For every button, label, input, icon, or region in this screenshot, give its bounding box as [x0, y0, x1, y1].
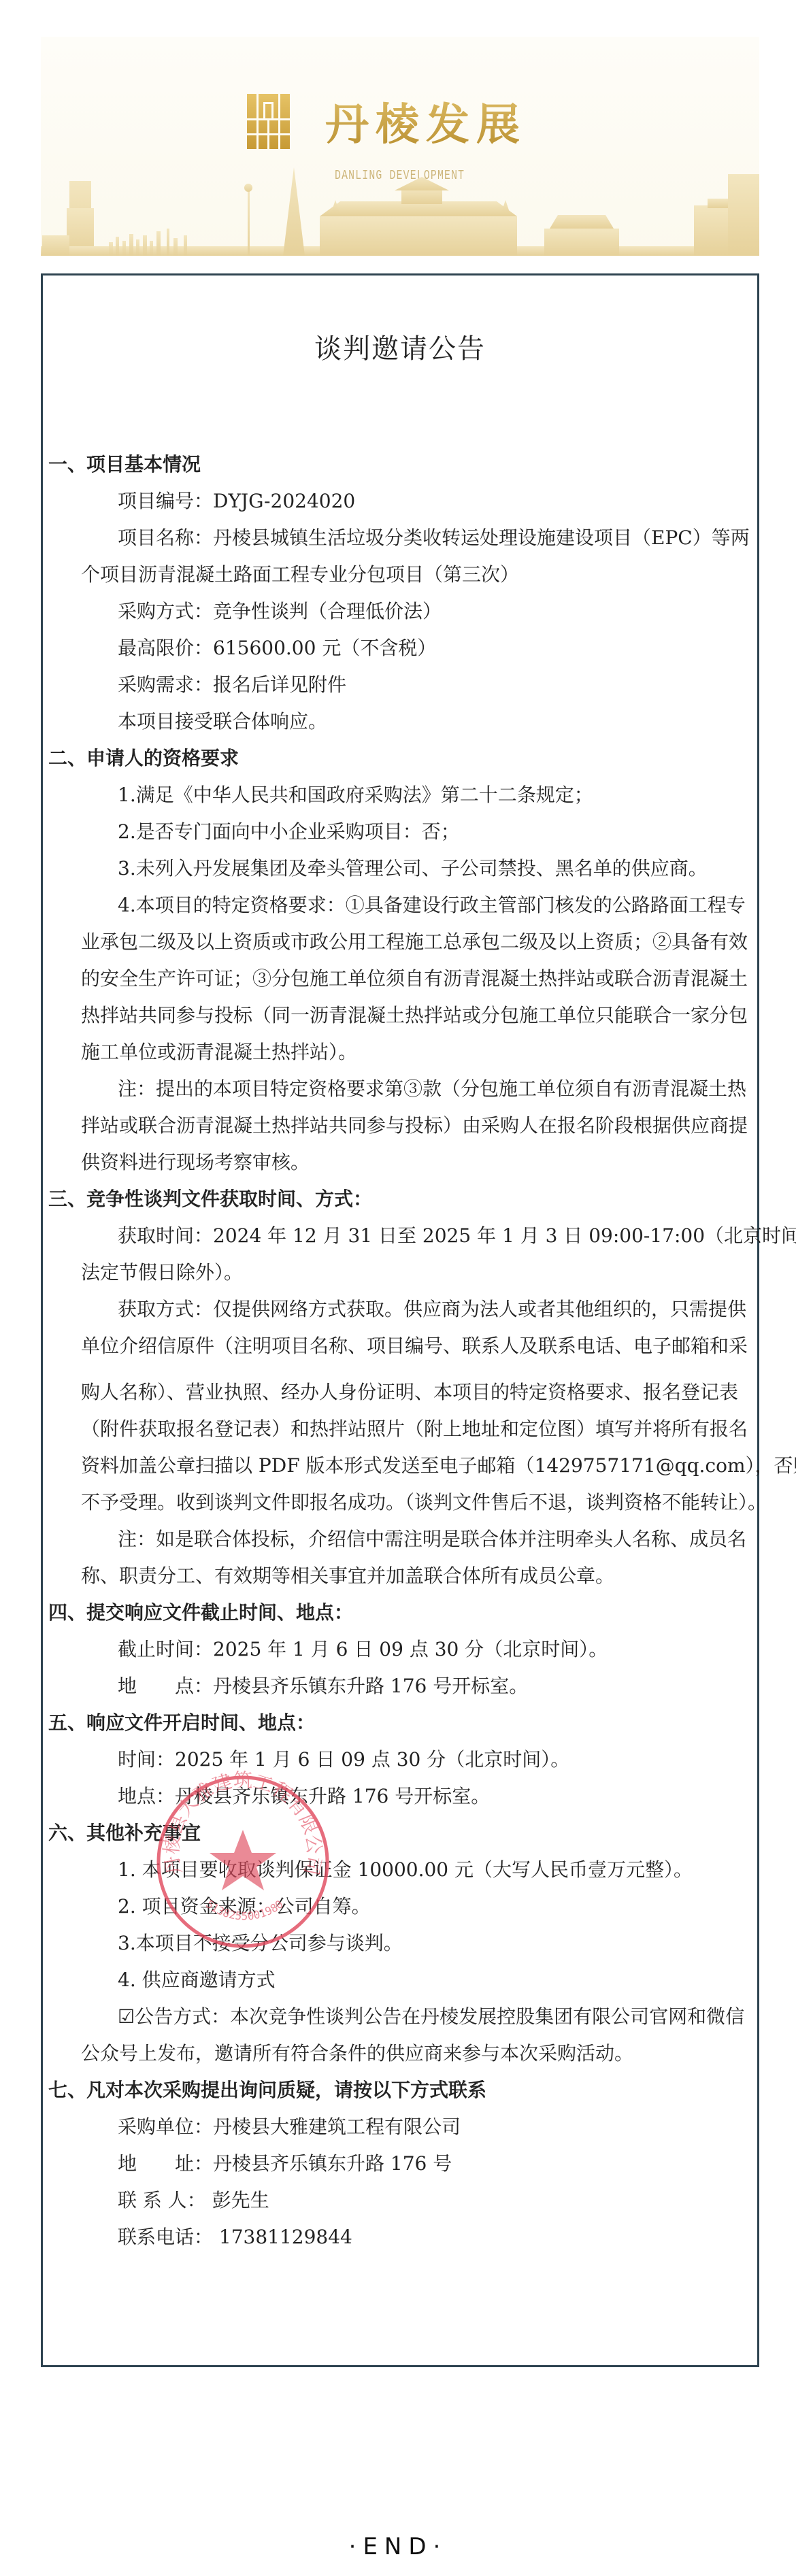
consortium-note: 注：如是联合体投标，介绍信中需注明是联合体并注明牵头人名称、成员名 — [118, 1524, 720, 1552]
acquisition-method-cont: 购人名称）、营业执照、经办人身份证明、本项目的特定资格要求、报名登记表 — [81, 1377, 720, 1405]
consortium-note-cont: 称、职责分工、有效期等相关事宜并加盖联合体所有成员公章。 — [81, 1561, 614, 1588]
contact-phone: 联系电话： 17381129844 — [118, 2222, 352, 2249]
section-heading-contact: 七、凡对本次采购提出询问质疑，请按以下方式联系 — [48, 2075, 486, 2103]
acquisition-method-cont: 不予受理。收到谈判文件即报名成功。（谈判文件售后不退，谈判资格不能转让）。 — [81, 1488, 720, 1515]
deadline-time: 截止时间：2025 年 1 月 6 日 09 点 30 分（北京时间）。 — [118, 1635, 608, 1662]
funding-source-item: 2. 项目资金来源：公司自筹。 — [118, 1892, 371, 1919]
section-heading-submission-deadline: 四、提交响应文件截止时间、地点： — [48, 1598, 353, 1625]
qualification-item-cont: 业承包二级及以上资质或市政公用工程施工总承包二级及以上资质；②具备有效 — [81, 927, 720, 954]
announcement-method: ☑公告方式：本次竞争性谈判公告在丹棱发展控股集团有限公司官网和微信 — [118, 2002, 720, 2029]
acquisition-email-line: 资料加盖公章扫描以 PDF 版本形式发送至电子邮箱（1429757171@qq.… — [81, 1451, 720, 1478]
section-heading-other-matters: 六、其他补充事宜 — [48, 1818, 201, 1845]
qualification-note-cont: 供资料进行现场考察审核。 — [81, 1148, 310, 1175]
opening-time: 时间：2025 年 1 月 6 日 09 点 30 分（北京时间）。 — [118, 1745, 569, 1772]
opening-location: 地点：丹棱县齐乐镇东升路 176 号开标室。 — [118, 1782, 490, 1809]
deposit-item: 1. 本项目要收取谈判保证金 10000.00 元（大写人民币壹万元整）。 — [118, 1855, 693, 1882]
qualification-item-cont: 施工单位或沥青混凝土热拌站）。 — [81, 1037, 357, 1065]
brand-name-cn: 丹棱发展 — [325, 90, 527, 152]
qualification-item: 2.是否专门面向中小企业采购项目：否； — [118, 817, 460, 844]
qualification-item: 1.满足《中华人民共和国政府采购法》第二十二条规定； — [118, 780, 593, 807]
project-name: 项目名称：丹棱县城镇生活垃圾分类收转运处理设施建设项目（EPC）等两 — [118, 523, 720, 550]
qualification-item: 4.本项目的特定资格要求：①具备建设行政主管部门核发的公路路面工程专 — [118, 890, 720, 918]
acquisition-time: 获取时间：2024 年 12 月 31 日至 2025 年 1 月 3 日 09… — [118, 1221, 720, 1248]
contact-person: 联 系 人： 彭先生 — [118, 2186, 269, 2213]
section-heading-document-acquisition: 三、竞争性谈判文件获取时间、方式： — [48, 1184, 372, 1211]
procurement-needs: 采购需求：报名后详见附件 — [118, 670, 346, 697]
acquisition-method-cont: （附件获取报名登记表）和热拌站照片（附上地址和定位图）填写并将所有报名 — [81, 1414, 720, 1441]
danling-logo-icon — [247, 94, 290, 149]
acquisition-method: 获取方式：仅提供网络方式获取。供应商为法人或者其他组织的，只需提供 — [118, 1294, 720, 1322]
header-banner: 丹棱发展 DANLING DEVELOPMENT — [41, 37, 759, 256]
qualification-item: 3.未列入丹发展集团及牵头管理公司、子公司禁投、黑名单的供应商。 — [118, 854, 708, 881]
project-number: 项目编号：DYJG-2024020 — [118, 486, 355, 514]
deadline-location: 地 点：丹棱县齐乐镇东升路 176 号开标室。 — [118, 1671, 528, 1699]
qualification-note-cont: 拌站或联合沥青混凝土热拌站共同参与投标）由采购人在报名阶段根据供应商提 — [81, 1111, 720, 1138]
announcement-method-cont: 公众号上发布，邀请所有符合条件的供应商来参与本次采购活动。 — [81, 2039, 633, 2066]
qualification-item-cont: 热拌站共同参与投标（同一沥青混凝土热拌站或分包施工单位只能联合一家分包 — [81, 1001, 720, 1028]
consortium-accepted: 本项目接受联合体响应。 — [118, 707, 327, 734]
branch-exclusion-item: 3.本项目不接受分公司参与谈判。 — [118, 1928, 403, 1956]
document-frame: 谈判邀请公告 一、项目基本情况 项目编号：DYJG-2024020 项目名称：丹… — [41, 273, 759, 2367]
project-name-cont: 个项目沥青混凝土路面工程专业分包项目（第三次） — [81, 560, 519, 587]
invitation-method-item: 4. 供应商邀请方式 — [118, 1965, 276, 1992]
section-heading-qualifications: 二、申请人的资格要求 — [48, 743, 239, 771]
purchaser-unit: 采购单位：丹棱县大雅建筑工程有限公司 — [118, 2112, 461, 2139]
acquisition-time-cont: 法定节假日除外）。 — [81, 1258, 243, 1285]
qualification-note: 注：提出的本项目特定资格要求第③款（分包施工单位须自有沥青混凝土热 — [118, 1074, 720, 1101]
document-title: 谈判邀请公告 — [43, 327, 757, 366]
end-marker: ·END· — [0, 2533, 796, 2560]
section-heading-opening: 五、响应文件开启时间、地点： — [48, 1708, 315, 1735]
section-heading-project-info: 一、项目基本情况 — [48, 450, 201, 477]
procurement-method: 采购方式：竞争性谈判（合理低价法） — [118, 597, 442, 624]
city-skyline-icon — [41, 161, 759, 256]
purchaser-address: 地 址：丹棱县齐乐镇东升路 176 号 — [118, 2149, 452, 2176]
max-price: 最高限价：615600.00 元（不含税） — [118, 633, 436, 660]
acquisition-method-cont: 单位介绍信原件（注明项目名称、项目编号、联系人及联系电话、电子邮箱和采 — [81, 1331, 720, 1358]
qualification-item-cont: 的安全生产许可证；③分包施工单位须自有沥青混凝土热拌站或联合沥青混凝土 — [81, 964, 720, 991]
